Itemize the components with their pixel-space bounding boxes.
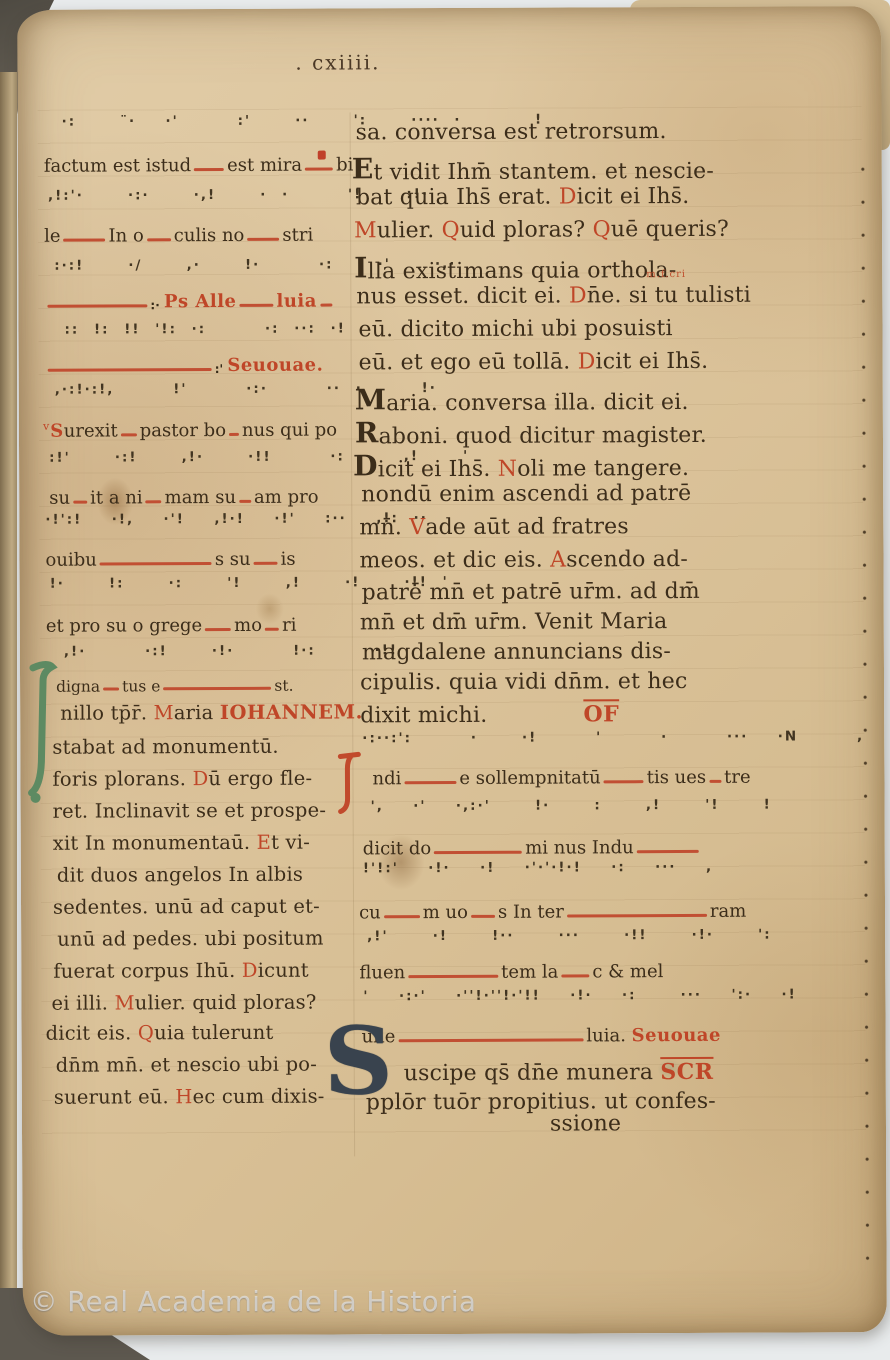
prose-line: sa. conversa est retrorsum. [356, 119, 667, 145]
chant-text-line: fluentem lac & mel [359, 961, 663, 983]
prose-line: dit duos angelos In albis [57, 863, 303, 887]
prose-line: ret. Inclinavit se et prospe- [53, 799, 327, 823]
chant-text-line: ulleluia. Seuouae [362, 1025, 721, 1048]
prose-line: xit In monumentaū. Et vi- [53, 831, 310, 855]
prose-line: cipulis. quia vidi dn̄m. et hec [360, 669, 688, 695]
neume-row: :·:! ·/ ,· !· ·: ·' ·,· [54, 256, 344, 273]
chant-text-line: ndie sollempnitatūtis uestre [372, 767, 750, 790]
neume-row: ' ·:·' ·''!·''!·'!! ·!· ·: ··· ':· ·! [363, 986, 873, 1004]
neume-row: !· !: ·: '! ,! ·! ·!! ' [50, 574, 350, 591]
prose-line: nus esset. dicit ei. Dn̄e. si tu tulisti [356, 283, 751, 310]
chant-text-line: factum est istudest mirabi [44, 154, 354, 176]
chant-text-line: leIn oculis nostri [44, 225, 313, 247]
prose-line: unū ad pedes. ubi positum [57, 927, 324, 951]
neume-row: ,·:!·:!, !' ·:· ·· · !· [55, 380, 345, 397]
prose-line: uscipe qs̄ dn̄e munera SCR [404, 1059, 714, 1086]
prose-line: Maria. conversa illa. dicit ei. [355, 382, 689, 416]
prose-line: dicit eis. Quia tulerunt [46, 1021, 274, 1045]
chant-text-line: cum uos In terram [359, 901, 746, 924]
neume-row: :: !: !! '!: ·: ·: ··: ·! [64, 320, 344, 337]
dark-initial-S: S [324, 1021, 394, 1101]
chant-text-line: et pro su o gregemori [46, 615, 297, 637]
prose-line: fuerat corpus Ihū. Dicunt [53, 959, 309, 983]
scan-background: . cxiiii. m.f.cri S ·: ¨· ·' :' ·· ': ··… [0, 0, 890, 1360]
catchword-line: ssione [550, 1111, 621, 1136]
neume-row: ·!':! ·!, ·'! ,!·! ·!' :·· ,!: ·· [45, 510, 349, 527]
prose-line: Raboni. quod dicitur magister. [355, 415, 707, 450]
chant-text-line: dignatus est. [56, 677, 293, 696]
prose-line: dn̄m mn̄. et nescio ubi po- [56, 1053, 317, 1077]
previous-page-edge [0, 72, 17, 1298]
chant-text-line: suit a nimam suam pro [49, 487, 318, 509]
prose-line: nondū enim ascendi ad patrē [361, 481, 691, 507]
rubric-line: :' Seuouae. [45, 355, 324, 377]
prose-line: meos. et dic eis. Ascendo ad- [359, 547, 688, 573]
rubric-line: :· Ps Alleluia [44, 291, 335, 313]
prose-line: bat quia Ihs̄ erat. Dicit ei Ihs̄. [356, 184, 690, 210]
chant-text-line: dicit domi nus Indu [363, 837, 702, 859]
neume-row: ·:··:': · ·! ' · ··· ·N , [362, 728, 862, 746]
prose-line: Dicit ei Ihs̄. Noli me tangere. [353, 448, 689, 482]
prose-line: suerunt eū. Hec cum dixis- [54, 1085, 325, 1109]
prose-line: Illa existimans quia orthola- [354, 250, 676, 284]
prose-line: magdalene annuncians dis- [362, 639, 671, 665]
prose-line: sedentes. unū ad caput et- [53, 895, 320, 919]
neume-row: ', ·' ·,:·' !· : ,! '! ! [371, 796, 861, 814]
manuscript-page: . cxiiii. m.f.cri S ·: ¨· ·' :' ·· ': ··… [17, 6, 887, 1336]
chant-text-line: ouibus suis [45, 549, 295, 571]
prose-line: patrē mn̄ et patrē ur̄m. ad dm̄ [362, 579, 700, 605]
prose-line: nillo tp̄r̄. Maria IOHANNEM. [60, 700, 363, 724]
neume-row: ,!:'· ·:· ·,! · · '! :!· [48, 186, 348, 203]
prose-line: foris plorans. Dū ergo fle- [52, 767, 312, 791]
prose-line: dixit michi.OF [360, 701, 619, 728]
chant-text-line: vSurexitpastor bonus qui po [43, 418, 337, 441]
watermark-text: © Real Academia de la Historia [30, 1286, 476, 1318]
prose-line: ei illi. Mulier. quid ploras? [51, 991, 316, 1015]
neume-row: ,!' ·! !·· ··· ·!! ·!· ': [367, 926, 861, 944]
prose-line: mn̄ et dm̄ ur̄m. Venit Maria [360, 609, 668, 635]
neume-row: :!' ·:! ,!· ·!! ·: ,! ' [49, 448, 349, 465]
neume-row: !'!:' ·!· ·! ·'·'·!·! ·: ··· , [363, 858, 863, 876]
prose-line: Et vidit Ihm̄ stantem. et nescie- [352, 151, 714, 186]
red-initial-I [336, 750, 362, 820]
neume-row: ,!· ·:! ·!· !·: ·!! [64, 642, 350, 659]
green-initial-I [26, 660, 63, 812]
prose-line: Mulier. Quid ploras? Quē queris? [354, 217, 729, 244]
interlinear-gloss: m.f.cri [646, 269, 686, 280]
prose-line: eū. dicito michi ubi posuisti [358, 316, 672, 342]
prose-line: mn̄. Vade aūt ad fratres [359, 514, 629, 540]
neume-row: ·: ¨· ·' :' ·· ': ···· · ! [62, 112, 358, 129]
folio-number: . cxiiii. [295, 50, 380, 74]
prose-line: pplōr tuōr propitius. ut confes- [366, 1089, 716, 1116]
prose-line: eū. et ego eū tollā. Dicit ei Ihs̄. [359, 349, 709, 376]
prose-line: stabat ad monumentū. [52, 735, 279, 759]
